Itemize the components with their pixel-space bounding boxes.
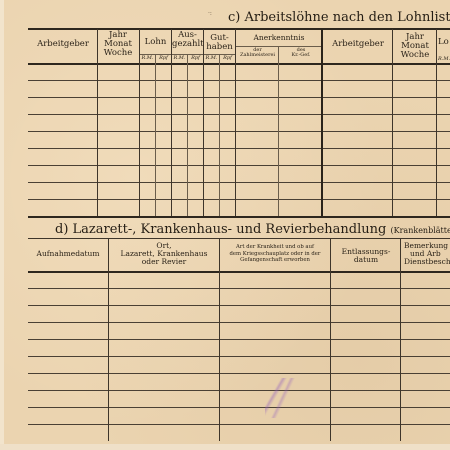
row-rule: [28, 148, 450, 149]
ausgezahlt-rm: R.M.: [172, 56, 187, 61]
lohn-rm: R.M.: [140, 56, 155, 61]
form-page: ·: c) Arbeitslöhne nach den Lohnlisten A…: [0, 0, 450, 450]
col-art-krankheit-header: Art der Krankheit und ob auf dem Kriegss…: [221, 244, 329, 264]
art-label-2: dem Kriegsschauplatz oder in der: [221, 251, 329, 258]
guthaben-label-2: haben: [204, 43, 235, 52]
krgef-label: Kr.-Gef.: [280, 53, 322, 58]
paper-edge-bottom: [0, 444, 450, 450]
section-c-bottom-rule: [28, 216, 450, 218]
row-rule: [28, 390, 450, 391]
col-ort-header: Ort, Lazarett, Krankenhaus oder Revier: [110, 242, 218, 266]
row-rule: [28, 373, 450, 374]
purple-ink-mark: [265, 378, 295, 418]
row-rule: [28, 407, 450, 408]
col-entlassung-header: Entlassungs- datum: [332, 248, 400, 264]
row-rule: [28, 339, 450, 340]
section-d-title-text: d) Lazarett-, Krankenhaus- und Revierbeh…: [55, 222, 386, 237]
col-aufnahmedatum-header: Aufnahmedatum: [28, 250, 108, 258]
col-divider: [330, 239, 331, 441]
col-divider: [278, 46, 279, 216]
col-divider: [171, 29, 172, 216]
section-c-title: c) Arbeitslöhne nach den Lohnlisten: [228, 10, 450, 25]
col-jahr-monat-woche-2-header: Jahr Monat Woche: [394, 33, 436, 60]
ink-specks: ·:: [208, 10, 212, 17]
section-d-subtitle: (Krankenblätter, D. B.-Verhan: [391, 226, 450, 235]
row-rule: [28, 199, 450, 200]
col-ausgezahlt-header: Aus- gezahlt: [172, 31, 203, 49]
col-arbeitgeber-2-header: Arbeitgeber: [324, 40, 392, 49]
row-rule: [28, 182, 450, 183]
art-label-3: Gefangenschaft erworben: [221, 257, 329, 264]
col-divider: [139, 29, 140, 216]
row-rule: [28, 165, 450, 166]
col-divider: [436, 29, 437, 216]
lohn-rpf: Rpf: [156, 56, 171, 61]
col-arbeitgeber-header: Arbeitgeber: [30, 40, 96, 49]
row-rule: [28, 80, 450, 81]
section-d-header-rule: [28, 271, 450, 273]
col-divider: [235, 29, 236, 216]
ausgezahlt-rpf: Rpf: [188, 56, 203, 61]
col-divider: [155, 54, 156, 216]
row-rule: [28, 114, 450, 115]
col-jahr-monat-woche-header: Jahr Monat Woche: [98, 31, 138, 58]
paper-edge: [0, 0, 4, 450]
row-rule: [28, 322, 450, 323]
art-label-1: Art der Krankheit und ob auf: [221, 244, 329, 251]
woche-2-label: Woche: [394, 51, 436, 60]
anerkenntnis-subrule: [236, 46, 322, 47]
section-d-title: d) Lazarett-, Krankenhaus- und Revierbeh…: [55, 222, 450, 237]
row-rule: [28, 424, 450, 425]
guthaben-rpf: Rpf: [220, 56, 235, 61]
section-d-top-rule: [28, 238, 450, 239]
row-rule: [28, 356, 450, 357]
row-rule: [28, 305, 450, 306]
lohn-2-rm-partial: R.M.: [438, 57, 450, 62]
col-bemerkung-header: Bemerkung und Arb Dienstbesch: [404, 242, 450, 266]
zahlmeisterei-label: Zahlmeisterei: [236, 53, 279, 58]
entlassung-label-2: datum: [332, 256, 400, 264]
bemerkung-label-3: Dienstbesch: [404, 258, 450, 266]
ausgezahlt-label-2: gezahlt: [172, 40, 203, 49]
col-divider: [203, 29, 204, 216]
guthaben-rm: R.M.: [204, 56, 219, 61]
col-divider: [321, 29, 323, 216]
row-rule: [28, 288, 450, 289]
col-divider: [97, 29, 98, 216]
col-guthaben-header: Gut- haben: [204, 34, 235, 52]
row-rule: [28, 97, 450, 98]
col-lohn-header: Lohn: [140, 38, 171, 47]
col-divider: [392, 29, 393, 216]
col-divider: [400, 239, 401, 441]
zahlmeisterei-subheader: der Zahlmeisterei: [236, 48, 279, 59]
section-c-header-rule: [28, 63, 450, 65]
krgef-subheader: des Kr.-Gef.: [280, 48, 322, 59]
woche-label: Woche: [98, 49, 138, 58]
section-c-top-rule: [28, 28, 450, 30]
col-lohn-2-header-partial: Lo: [438, 38, 450, 47]
row-rule: [28, 131, 450, 132]
col-divider: [187, 54, 188, 216]
col-anerkenntnis-header: Anerkenntnis: [236, 34, 322, 42]
ort-label-3: oder Revier: [110, 258, 218, 266]
col-divider: [219, 54, 220, 216]
col-divider: [108, 239, 109, 441]
col-divider: [219, 239, 220, 441]
